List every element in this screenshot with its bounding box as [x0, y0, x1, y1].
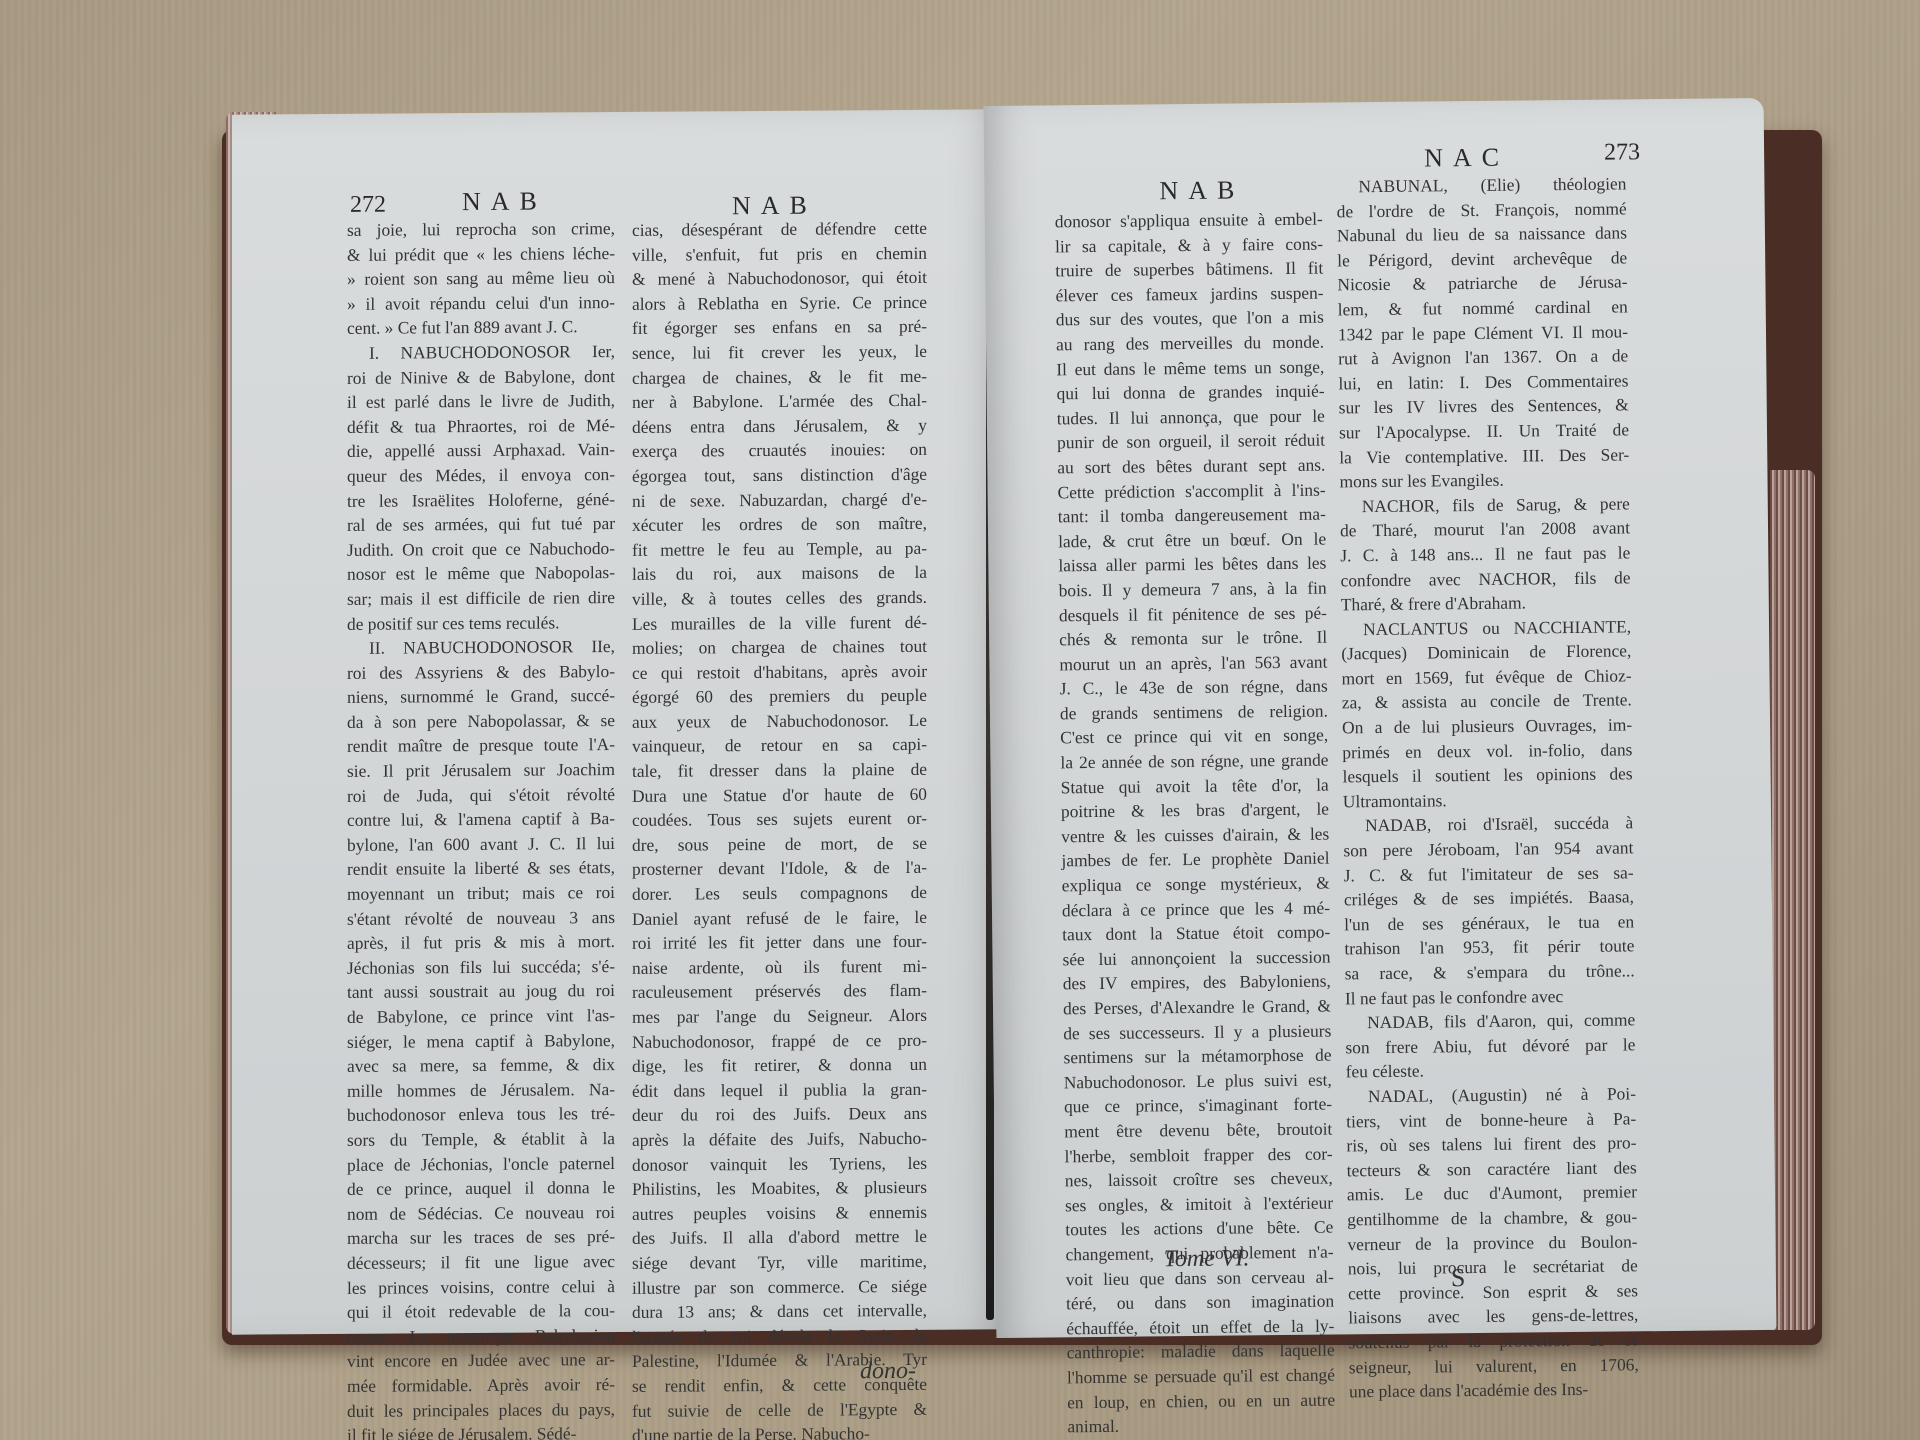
text-line: queur des Médes, il envoya con- — [347, 462, 615, 488]
text-line: mes par l'ange du Seigneur. Alors — [632, 1003, 927, 1030]
text-line: contre lui, & l'amena captif à Ba- — [347, 806, 615, 832]
text-line: dre, sous peine de mort, de se — [632, 831, 927, 858]
text-line: téré, ou dans son imagination — [1066, 1289, 1334, 1316]
text-line: les princes voisins, contre celui à — [347, 1274, 615, 1300]
text-line: ner à Babylone. L'armée des Chal- — [632, 388, 927, 415]
text-line: » roient son sang au même lieu où — [347, 265, 615, 291]
volume-label: Tome VI. — [1164, 1245, 1250, 1273]
text-line: défit & tua Phraortes, roi de Mé- — [347, 413, 615, 439]
text-line: fit mettre le feu au Temple, au pa- — [632, 536, 927, 563]
text-line: lir sa capitale, & à y faire cons- — [1055, 231, 1323, 258]
text-line: dige, les fit retirer, & donna un — [632, 1052, 927, 1079]
text-line: bois. Il y demeura 7 ans, à la fin — [1059, 575, 1327, 602]
text-line: cette province. Son esprit & ses — [1348, 1278, 1638, 1306]
text-line: des IV empires, des Babyloniens, — [1063, 969, 1331, 996]
text-line: Philistins, les Moabites, & plusieurs — [632, 1175, 927, 1202]
text-line: die, appellé aussi Arphaxad. Vain- — [347, 437, 615, 463]
text-line: de ses successeurs. Il y a plusieurs — [1063, 1018, 1331, 1045]
text-line: & mené à Nabuchodonosor, qui étoit — [632, 265, 927, 292]
text-line: amis. Le duc d'Aumont, premier — [1347, 1180, 1637, 1208]
text-line: chés & remonta sur le trône. Il — [1059, 625, 1327, 652]
text-line: jambes de fer. Le prophète Daniel — [1061, 846, 1329, 873]
text-line: mons sur les Evangiles. — [1339, 466, 1629, 494]
text-line: nosor est le même que Nabopolas- — [347, 560, 615, 586]
text-line: des Perses, d'Alexandre le Grand, & — [1063, 994, 1331, 1021]
text-line: animal. — [1067, 1412, 1335, 1439]
text-line: sée lui annonçoient la succession — [1062, 944, 1330, 971]
text-line: ventre & les cuisses d'airain, & les — [1061, 821, 1329, 848]
text-line: ni de sexe. Nabuzardan, chargé d'e- — [632, 486, 927, 513]
text-line: lem, & fut nommé cardinal en — [1338, 294, 1628, 322]
text-line: naise ardente, où ils furent mi- — [632, 954, 927, 981]
text-line: Daniel ayant refusé de le faire, le — [632, 904, 927, 931]
text-line: roi de Juda, qui s'étoit révolté — [347, 782, 615, 808]
text-line: de ce prince, auquel il donna le — [347, 1175, 615, 1201]
running-head-right-2: NAC — [1424, 143, 1509, 174]
text-line: sors du Temple, & établit à la — [347, 1126, 615, 1152]
text-line: s'étant révolté de nouveau 3 ans — [347, 905, 615, 931]
text-line: lesquels il soutient les opinions des — [1342, 762, 1632, 790]
text-line: illustre par son commerce. Ce siége — [632, 1273, 927, 1300]
text-line: la Vie contemplative. III. Des Ser- — [1339, 442, 1629, 470]
text-line: de grands sentimens de religion. — [1060, 698, 1328, 725]
text-line: donosor s'appliqua ensuite à embel- — [1055, 207, 1323, 234]
text-line: dura 13 ans; & dans cet intervalle, — [632, 1298, 927, 1325]
text-line: ville, & à toutes celles des grands. — [632, 585, 927, 612]
text-line: dorer. Les seuls compagnons de — [632, 880, 927, 907]
text-line: ment être devenu bête, broutoit — [1064, 1116, 1332, 1143]
text-line: poitrine & les bras d'argent, le — [1061, 797, 1329, 824]
text-line: Il ne faut pas le confondre avec — [1345, 983, 1635, 1011]
text-line: On a de lui plusieurs Ouvrages, im- — [1342, 712, 1632, 740]
text-line: au rang des merveilles du monde. — [1056, 330, 1324, 357]
text-line: rut à Avignon l'an 1367. On a de — [1338, 344, 1628, 372]
text-line: l'homme se persuade qu'il est changé — [1067, 1362, 1335, 1389]
text-line: ville, s'enfuit, fut pris en chemin — [632, 240, 927, 267]
text-line: lui, en latin: I. Des Commentaires — [1338, 368, 1628, 396]
text-line: roi irrité les fit jetter dans une four- — [632, 929, 927, 956]
text-line: tudes. Il lui annonça, que pour le — [1057, 403, 1325, 430]
text-line: za, & assista au concile de Trente. — [1342, 688, 1632, 716]
text-line: laissa aller parmi les bêtes dans les — [1058, 551, 1326, 578]
text-line: que ce prince, s'imaginant forte- — [1064, 1092, 1332, 1119]
text-line: sentimens sur la métamorphose de — [1063, 1043, 1331, 1070]
text-line: au sort des bêtes durant sept ans. — [1057, 452, 1325, 479]
left-page-column-2: cias, désespérant de défendre cetteville… — [632, 216, 927, 1440]
text-line: il fit le siége de Jérusalem. Sédé- — [347, 1421, 615, 1440]
text-line: échauffée, étoit un effet de la ly- — [1066, 1313, 1334, 1340]
running-head-left-1: NAB — [462, 186, 547, 217]
text-line: ral de ses armées, qui fut tué par — [347, 511, 615, 537]
text-line: primés en deux vol. in-folio, dans — [1342, 737, 1632, 765]
text-line: Statue qui avoit la tête d'or, la — [1061, 772, 1329, 799]
text-line: Nabunal du lieu de sa naissance dans — [1337, 221, 1627, 249]
text-line: son frere Abiu, fut dévoré par le — [1345, 1032, 1635, 1060]
text-line: expliqua ce songe mystérieux, & — [1062, 871, 1330, 898]
text-line: (Jacques) Dominicain de Florence, — [1341, 639, 1631, 667]
text-line: C'est ce prince qui vit en songe, — [1060, 723, 1328, 750]
text-line: égorgé 60 des premiers du peuple — [632, 683, 927, 710]
text-line: sa joie, lui reprocha son crime, — [347, 216, 615, 242]
text-line: fut suivie de celle de l'Egypte & — [632, 1396, 927, 1423]
text-line: exerça des cruautés inouies: on — [632, 437, 927, 464]
text-line: tale, fit dresser dans la plaine de — [632, 757, 927, 784]
text-line: tant: il tomba dangereusement ma- — [1058, 502, 1326, 529]
text-line: Dura une Statue d'or haute de 60 — [632, 781, 927, 808]
running-head-right-1: NAB — [1159, 175, 1244, 206]
text-line: lais du roi, aux maisons de la — [632, 560, 927, 587]
text-line: Les murailles de la ville furent dé- — [632, 609, 927, 636]
text-line: trahison l'an 953, fit périr toute — [1344, 934, 1634, 962]
text-line: mille hommes de Jérusalem. Na- — [347, 1077, 615, 1103]
text-line: sur les IV livres des Sentences, & — [1339, 393, 1629, 421]
text-line: d'une partie de la Perse. Nabucho- — [632, 1421, 927, 1440]
text-line: sa race, & s'empara du trône... — [1345, 958, 1635, 986]
text-line: Il eut dans le même tems un songe, — [1056, 354, 1324, 381]
text-line: niens, surnommé le Grand, succé- — [347, 683, 615, 709]
page-number-right: 273 — [1604, 139, 1640, 166]
text-line: tiers, vint de bonne-heure à Pa- — [1346, 1106, 1636, 1134]
text-line: son pere Jéroboam, l'an 954 avant — [1343, 835, 1633, 863]
text-line: mourut un an après, l'an 563 avant — [1059, 649, 1327, 676]
text-line: qui lui donna de grandes inquié- — [1056, 379, 1324, 406]
text-line: de l'ordre de St. François, nommé — [1337, 196, 1627, 224]
text-line: mée formidable. Après avoir ré- — [347, 1372, 615, 1398]
text-line: nes, laissoit croître ses cheveux, — [1065, 1166, 1333, 1193]
text-line: moyennant un tribut; mais ce roi — [347, 880, 615, 906]
text-line: siéger, le mena captif à Babylone, — [347, 1028, 615, 1054]
page-number-left: 272 — [350, 192, 386, 219]
text-line: ses ongles, & imitoit à l'extérieur — [1065, 1190, 1333, 1217]
text-line: vainqueur, de retour en sa capi- — [632, 732, 927, 759]
text-line: gentilhomme de la chambre, & gou- — [1347, 1204, 1637, 1232]
text-line: alors à Reblatha en Syrie. Ce prince — [632, 290, 927, 317]
text-line: aux yeux de Nabuchodonosor. Le — [632, 708, 927, 735]
text-line: égorgea tout, sans distinction d'âge — [632, 462, 927, 489]
text-line: déens entra dans Jérusalem, & y — [632, 413, 927, 440]
left-page: 272 NAB NAB sa joie, lui reprocha son cr… — [232, 109, 1002, 1334]
text-line: nois, lui procura le secrétariat de — [1348, 1253, 1638, 1281]
text-line: qui il étoit redevable de la cou- — [347, 1298, 615, 1324]
text-line: verneur de la province du Boulon- — [1347, 1229, 1637, 1257]
text-line: taux dont la Statue étoit compo- — [1062, 920, 1330, 947]
text-line: feu céleste. — [1346, 1057, 1636, 1085]
text-line: tecteurs & son caractére liant des — [1347, 1155, 1637, 1183]
text-line: sence, lui fit crever les yeux, le — [632, 339, 927, 366]
text-line: de positif sur ces tems reculés. — [347, 610, 615, 636]
text-line: Cette prédiction s'accomplit à l'ins- — [1057, 477, 1325, 504]
text-line: des Juifs. Il alla d'abord mettre le — [632, 1224, 927, 1251]
text-line: J. C. & fut l'imitateur de ses sa- — [1344, 860, 1634, 888]
right-page: NAB NAC 273 donosor s'appliqua ensuite à… — [984, 98, 1777, 1338]
text-line: coudées. Tous ses sujets eurent or- — [632, 806, 927, 833]
text-line: liaisons avec les gens-de-lettres, — [1348, 1303, 1638, 1331]
text-line: dus sur des voutes, que l'on a mis — [1056, 305, 1324, 332]
text-line: raculeusement préservés des flam- — [632, 978, 927, 1005]
text-line: donosor vainquit les Tyriens, les — [632, 1150, 927, 1177]
text-line: nom de Sédécias. Ce nouveau roi — [347, 1200, 615, 1226]
text-line: duit les principales places du pays, — [347, 1397, 615, 1423]
text-line: roi de Ninive & de Babylone, dont — [347, 364, 615, 390]
signature-mark: S — [1451, 1263, 1466, 1293]
text-line: sie. Il prit Jérusalem sur Joachim — [347, 757, 615, 783]
text-line: en loup, en chien, ou en un autre — [1067, 1387, 1335, 1414]
text-line: avec sa mere, sa femme, & dix — [347, 1052, 615, 1078]
text-line: II. NABUCHODONOSOR IIe, — [347, 634, 615, 660]
text-line: décesseurs; il fit une ligue avec — [347, 1249, 615, 1275]
text-line: fit égorger ses enfans en sa pré- — [632, 314, 927, 341]
text-line: cias, désespérant de défendre cette — [632, 216, 927, 243]
text-line: une place dans l'académie des Ins- — [1349, 1376, 1639, 1404]
text-line: xécuter les ordres de son maître, — [632, 511, 927, 538]
text-line: Jéchonias son fils lui succéda; s'é- — [347, 954, 615, 980]
text-line: Ultramontains. — [1343, 786, 1633, 814]
text-line: autres peuples voisins & ennemis — [632, 1200, 927, 1227]
text-line: Judith. On croit que ce Nabuchodo- — [347, 536, 615, 562]
text-line: da à son pere Nabopolassar, & se — [347, 708, 615, 734]
text-line: élever ces fameux jardins suspen- — [1055, 280, 1323, 307]
text-line: & lui prédit que « les chiens léche- — [347, 241, 615, 267]
right-page-edges — [1770, 470, 1815, 1330]
text-line: bylone, l'an 600 avant J. C. Il lui — [347, 831, 615, 857]
right-page-column-2: NABUNAL, (Elie) théologiende l'ordre de … — [1336, 171, 1639, 1404]
text-line: soutenus par la protection de ce — [1348, 1327, 1638, 1355]
text-line: après, il fut pris & mis à mort. — [347, 929, 615, 955]
text-line: NABUNAL, (Elie) théologien — [1336, 171, 1626, 199]
text-line: il est parlé dans le livre de Judith, — [347, 388, 615, 414]
text-line: prosterner devant l'Idole, & de l'a- — [632, 855, 927, 882]
text-line: place de Jéchonias, l'oncle paternel — [347, 1151, 615, 1177]
text-line: desquels il fit pénitence de ses pé- — [1059, 600, 1327, 627]
text-line: lade, & crut être un bœuf. On le — [1058, 526, 1326, 553]
text-line: canthropie: maladie dans laquelle — [1067, 1338, 1335, 1365]
text-line: l'herbe, sembloit frapper des cor- — [1064, 1141, 1332, 1168]
text-line: Nabuchodonosor. Le plus suivi est, — [1064, 1067, 1332, 1094]
text-line: NACHOR, fils de Sarug, & pere — [1340, 491, 1630, 519]
text-line: Tharé, & frere d'Abraham. — [1341, 589, 1631, 617]
text-line: ronne. Le monarque Babylonien — [347, 1323, 615, 1349]
text-line: ris, où ses talens lui firent des pro- — [1346, 1130, 1636, 1158]
text-line: l'un de ses généraux, le tua en — [1344, 909, 1634, 937]
text-line: marcha sur les traces de ses pré- — [347, 1224, 615, 1250]
text-line: édit dans lequel il publia la gran- — [632, 1077, 927, 1104]
text-line: J. C. à 148 ans... Il ne faut pas le — [1340, 540, 1630, 568]
catchword: dono- — [860, 1358, 916, 1385]
text-line: tre les Israëlites Holoferne, géné- — [347, 487, 615, 513]
text-line: criléges & de ses impiétés. Baasa, — [1344, 885, 1634, 913]
text-line: I. NABUCHODONOSOR Ier, — [347, 339, 615, 365]
text-line: de Tharé, mourut l'an 2008 avant — [1340, 516, 1630, 544]
text-line: siége devant Tyr, ville maritime, — [632, 1249, 927, 1276]
text-line: déclara à ce prince que les 4 mé- — [1062, 895, 1330, 922]
text-line: l'armée du roi désola la Syrie, la — [632, 1323, 927, 1350]
text-line: NADAB, roi d'Israël, succéda à — [1343, 811, 1633, 839]
text-line: de Babylone, ce prince vint l'as- — [347, 1003, 615, 1029]
text-line: tant aussi soustrait au joug du roi — [347, 978, 615, 1004]
text-line: sur l'Apocalypse. II. Un Traité de — [1339, 417, 1629, 445]
text-line: confondre avec NACHOR, fils de — [1340, 565, 1630, 593]
text-line: sar; mais il est difficile de rien dire — [347, 585, 615, 611]
text-line: la 2e année de son régne, une grande — [1060, 748, 1328, 775]
text-line: Nabuchodonosor, frappé de ce pro- — [632, 1027, 927, 1054]
text-line: truire de superbes bâtimens. Il fit — [1055, 256, 1323, 283]
text-line: » il avoit répandu celui d'un inno- — [347, 290, 615, 316]
text-line: NADAB, fils d'Aaron, qui, comme — [1345, 1008, 1635, 1036]
left-page-column-1: sa joie, lui reprocha son crime,& lui pr… — [347, 216, 615, 1440]
text-line: cent. » Ce fut l'an 889 avant J. C. — [347, 314, 615, 340]
text-line: toutes les actions d'une bête. Ce — [1065, 1215, 1333, 1242]
text-line: 1342 par le pape Clément VI. Il mou- — [1338, 319, 1628, 347]
text-line: punir de son orgueil, il seroit réduit — [1057, 428, 1325, 455]
text-line: NACLANTUS ou NACCHIANTE, — [1341, 614, 1631, 642]
text-line: molies; on chargea de chaines tout — [632, 634, 927, 661]
text-line: chargea de chaines, & le fit me- — [632, 363, 927, 390]
text-line: ce qui restoit d'habitans, après avoir — [632, 659, 927, 686]
text-line: buchodonosor enleva tous les tré- — [347, 1101, 615, 1127]
text-line: mort en 1569, fut évêque de Chioz- — [1341, 663, 1631, 691]
text-line: rendit ensuite la liberté & ses états, — [347, 855, 615, 881]
text-line: seigneur, lui valurent, en 1706, — [1349, 1352, 1639, 1380]
text-line: vint encore en Judée avec une ar- — [347, 1347, 615, 1373]
text-line: après la défaite des Juifs, Nabucho- — [632, 1126, 927, 1153]
text-line: J. C., le 43e de son régne, dans — [1060, 674, 1328, 701]
text-line: NADAL, (Augustin) né à Poi- — [1346, 1081, 1636, 1109]
text-line: le Périgord, devint archevêque de — [1337, 245, 1627, 273]
text-line: deur du roi des Juifs. Deux ans — [632, 1101, 927, 1128]
text-line: rendit maître de presque toute l'A- — [347, 732, 615, 758]
text-line: Nicosie & patriarche de Jérusa- — [1337, 270, 1627, 298]
text-line: roi des Assyriens & des Babylo- — [347, 659, 615, 685]
